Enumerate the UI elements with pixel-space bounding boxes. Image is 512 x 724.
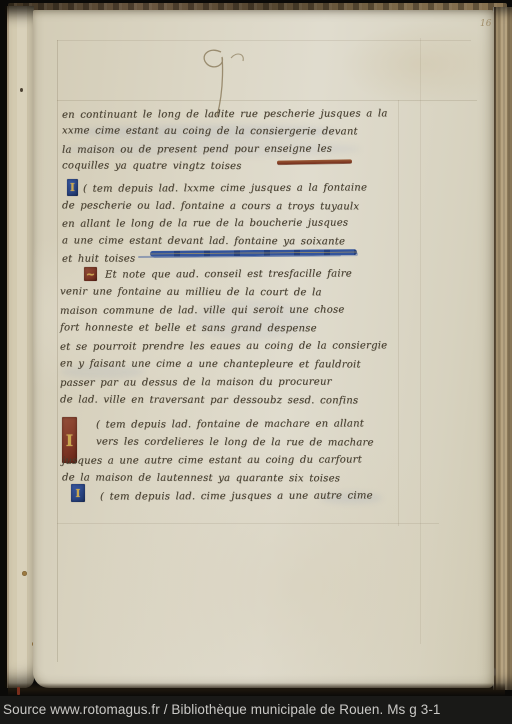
- book-bottom-edge: [8, 683, 505, 696]
- source-text: Source www.rotomagus.fr / Bibliothèque m…: [0, 696, 512, 724]
- source-bar: Source www.rotomagus.fr / Bibliothèque m…: [0, 696, 512, 724]
- ruling-line-horizontal-top: [57, 40, 471, 41]
- book-gutter: [5, 6, 34, 688]
- ink-spot: [20, 88, 23, 92]
- ruling-line-vertical-left: [57, 40, 58, 662]
- paragraph-1: en continuant le long de ladite rue pesc…: [62, 106, 414, 176]
- paragraph-4: ( tem depuis lad. fontaine de machare en…: [62, 416, 414, 488]
- manuscript-line: de pescherie ou lad. fontaine a cours a …: [62, 197, 414, 216]
- manuscript-line: Et note que aud. conseil est tresfacille…: [60, 265, 412, 285]
- red-ribbon-mark: [17, 687, 20, 695]
- manuscript-line: jusques a une autre cime estant au coing…: [62, 451, 414, 471]
- book-fore-edge: [493, 7, 512, 690]
- manuscript-line: en y faisant une cime a une chantepleure…: [60, 355, 412, 374]
- ruling-line-horizontal-text-top: [57, 100, 477, 101]
- manuscript-line: la maison ou de present pend pour enseig…: [62, 140, 414, 159]
- manuscript-page: 16 en continuant le long de ladite rue p…: [33, 10, 494, 688]
- manuscript-line: xxme cime estant au coing de la consierg…: [62, 123, 414, 142]
- manuscript-line: ( tem depuis lad. fontaine de machare en…: [62, 415, 414, 435]
- manuscript-line: maison commune de lad. ville qui seroit …: [60, 301, 412, 321]
- manuscript-line: fort honneste et belle et sans grand des…: [60, 319, 412, 338]
- manuscript-line: passer par au dessus de la maison du pro…: [60, 373, 412, 393]
- manuscript-line: coquilles ya quatre vingtz toises: [62, 158, 414, 177]
- ruling-line-vertical-margin: [420, 38, 421, 644]
- manuscript-line: ( tem depuis lad. lxxme cime jusques a l…: [62, 179, 414, 198]
- manuscript-line: et se pourroit prendre les eaues au coin…: [60, 337, 412, 357]
- manuscript-line: vers les cordelieres le long de la rue d…: [62, 433, 414, 452]
- paragraph-5: ( tem depuis lad. cime jusques a une aut…: [62, 488, 414, 506]
- ruling-line-horizontal-bottom: [57, 523, 439, 524]
- manuscript-line: en allant le long de la rue de la bouche…: [62, 214, 414, 233]
- paragraph-3: Et note que aud. conseil est tresfacille…: [60, 266, 412, 410]
- manuscript-line: a une cime estant devant lad. fontaine y…: [62, 232, 414, 251]
- manuscript-line: de la maison de lautennest ya quarante s…: [62, 469, 414, 488]
- wormhole-spot: [22, 571, 27, 576]
- manuscript-line: en continuant le long de ladite rue pesc…: [62, 105, 414, 124]
- manuscript-line: ( tem depuis lad. cime jusques a une aut…: [62, 487, 414, 507]
- manuscript-photo: 16 en continuant le long de ladite rue p…: [0, 0, 512, 724]
- manuscript-line: de lad. ville en traversant par dessoubz…: [60, 391, 412, 410]
- folio-number: 16: [480, 19, 491, 29]
- manuscript-line: venir une fontaine au millieu de la cour…: [60, 283, 412, 302]
